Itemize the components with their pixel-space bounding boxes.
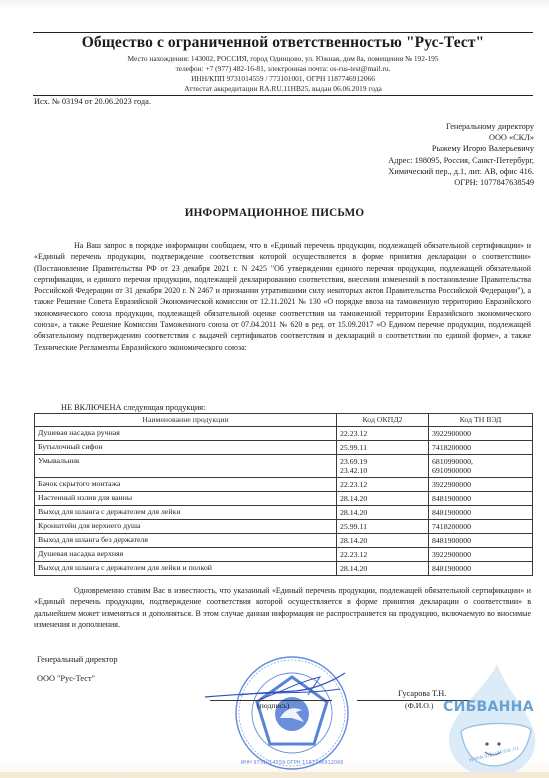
table-row: Выход для шланга с держателем для лейки … <box>35 561 533 575</box>
tnved-code-cell: 7418200000 <box>429 440 533 454</box>
signatory-position: Генеральный директор <box>37 655 118 664</box>
header-rule-bottom <box>33 95 533 96</box>
tnved-code-cell: 8481900000 <box>429 505 533 519</box>
table-row: Бачок скрытого монтажа22.23.123922900000 <box>35 477 533 491</box>
product-name-cell: Бутылочный сифон <box>35 440 337 454</box>
paragraph-request-info: На Ваш запрос в порядке информации сообщ… <box>34 240 531 353</box>
table-row: Выход для шланга без держателя28.14.2084… <box>35 533 533 547</box>
table-row: Душевая насадка ручная22.23.123922900000 <box>35 426 533 440</box>
addressee-line: Рыжему Игорю Валерьевичу <box>314 143 534 154</box>
product-name-cell: Выход для шланга с держателем для лейки … <box>35 561 337 575</box>
addressee-line: Генеральному директору <box>314 121 534 132</box>
company-address: Место нахождения: 143002, РОССИЯ, город … <box>33 54 533 63</box>
tnved-code-cell: 8481900000 <box>429 533 533 547</box>
tnved-code-cell: 7418200000 <box>429 519 533 533</box>
product-name-cell: Настенный излив для ванны <box>35 491 337 505</box>
tnved-code-cell: 6810990000, 6910900000 <box>429 454 533 477</box>
svg-text:ИНН 9731014559 ОГРН 1187746912: ИНН 9731014559 ОГРН 1187746912066 <box>241 760 344 766</box>
outgoing-reference: Исх. № 03194 от 20.06.2023 года. <box>34 97 151 106</box>
table-row: Выход для шланга с держателем для лейки2… <box>35 505 533 519</box>
okpd2-code-cell: 22.23.12 <box>337 547 429 561</box>
okpd2-code-cell: 23.69.19 23.42.10 <box>337 454 429 477</box>
table-row: Умывальник23.69.19 23.42.106810990000, 6… <box>35 454 533 477</box>
product-name-cell: Бачок скрытого монтажа <box>35 477 337 491</box>
company-contacts: телефон: +7 (977) 482-16-81, электронная… <box>33 64 533 73</box>
column-header-tnved: Код ТН ВЭД <box>429 414 533 427</box>
okpd2-code-cell: 25.99.11 <box>337 519 429 533</box>
letter-page: Общество с ограниченной ответственностью… <box>0 0 549 778</box>
column-header-name: Наименование продукции <box>35 414 337 427</box>
addressee-line: ООО «СКЛ» <box>314 132 534 143</box>
okpd2-code-cell: 28.14.20 <box>337 491 429 505</box>
okpd2-code-cell: 22.23.12 <box>337 477 429 491</box>
header-rule-top <box>33 32 533 33</box>
products-table: Наименование продукции Код ОКПД2 Код ТН … <box>34 413 533 576</box>
tnved-code-cell: 3922900000 <box>429 426 533 440</box>
handwritten-signature-icon <box>200 665 350 705</box>
signatory-organization: ООО "Рус-Тест" <box>37 674 95 683</box>
scan-bottom-edge <box>0 772 549 778</box>
addressee-line: Химический пер., д.1, лит. АВ, офис 416. <box>314 166 534 177</box>
okpd2-code-cell: 28.14.20 <box>337 561 429 575</box>
addressee-line: Адрес: 198095, Россия, Санкт-Петербург, <box>314 155 534 166</box>
table-header-row: Наименование продукции Код ОКПД2 Код ТН … <box>35 414 533 427</box>
product-name-cell: Выход для шланга с держателем для лейки <box>35 505 337 519</box>
addressee-line: ОГРН: 1077847638549 <box>314 177 534 188</box>
product-name-cell: Кронштейн для верхнего душа <box>35 519 337 533</box>
okpd2-code-cell: 28.14.20 <box>337 505 429 519</box>
document-title: ИНФОРМАЦИОННОЕ ПИСЬМО <box>0 207 549 219</box>
okpd2-code-cell: 25.99.11 <box>337 440 429 454</box>
product-name-cell: Умывальник <box>35 454 337 477</box>
not-included-label: НЕ ВКЛЮЧЕНА следующая продукция: <box>61 403 205 412</box>
table-row: Кронштейн для верхнего душа25.99.1174182… <box>35 519 533 533</box>
products-table-body: Душевая насадка ручная22.23.123922900000… <box>35 426 533 575</box>
product-name-cell: Душевая насадка ручная <box>35 426 337 440</box>
table-row: Душевая насадка верхняя22.23.12392290000… <box>35 547 533 561</box>
addressee-block: Генеральному директору ООО «СКЛ» Рыжему … <box>314 121 534 188</box>
product-name-cell: Выход для шланга без держателя <box>35 533 337 547</box>
sibvanna-watermark-icon <box>427 660 549 778</box>
signature-caption: (подпись) <box>257 701 289 710</box>
product-name-cell: Душевая насадка верхняя <box>35 547 337 561</box>
tnved-code-cell: 8481900000 <box>429 561 533 575</box>
tnved-code-cell: 3922900000 <box>429 547 533 561</box>
okpd2-code-cell: 22.23.12 <box>337 426 429 440</box>
tnved-code-cell: 8481900000 <box>429 491 533 505</box>
okpd2-code-cell: 28.14.20 <box>337 533 429 547</box>
paragraph-notice: Одновременно ставим Вас в известность, ч… <box>34 585 531 630</box>
column-header-okpd2: Код ОКПД2 <box>337 414 429 427</box>
table-row: Бутылочный сифон25.99.117418200000 <box>35 440 533 454</box>
company-name: Общество с ограниченной ответственностью… <box>33 34 533 52</box>
company-registration: ИНН/КПП 9731014559 / 773101001, ОГРН 118… <box>33 74 533 83</box>
table-row: Настенный излив для ванны28.14.208481900… <box>35 491 533 505</box>
company-accreditation: Аттестат аккредитации RA.RU.11HB25, выда… <box>33 84 533 93</box>
watermark-brand: СИБВАННА <box>443 699 534 715</box>
tnved-code-cell: 3922900000 <box>429 477 533 491</box>
